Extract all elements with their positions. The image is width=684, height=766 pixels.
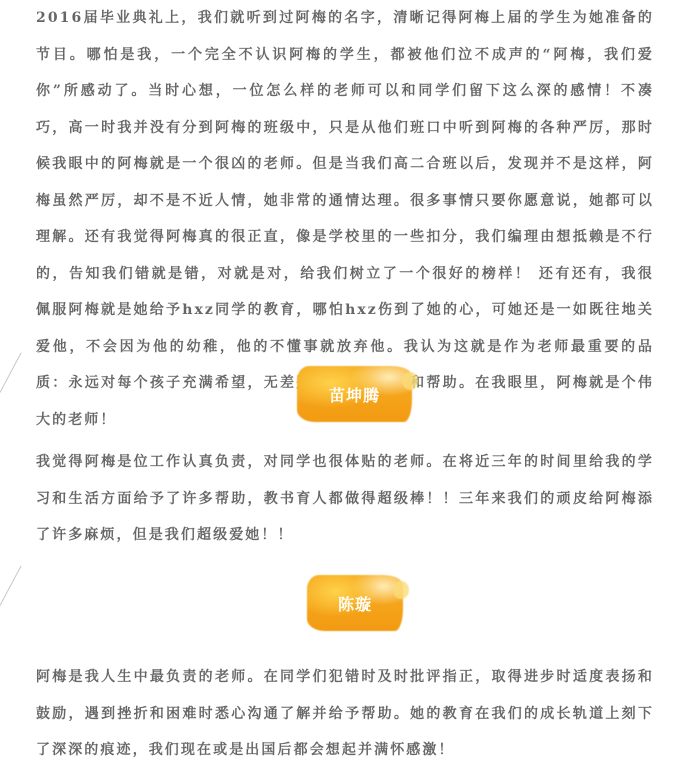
name-banner: 陈璇 [307, 575, 403, 631]
decorative-slash-line [0, 566, 22, 606]
name-banner: 苗坤腾 [297, 366, 412, 422]
author-name: 陈璇 [338, 592, 372, 615]
author-name: 苗坤腾 [329, 383, 380, 406]
testimonial-paragraph: 我觉得阿梅是位工作认真负责，对同学也很体贴的老师。在将近三年的时间里给我的学习和… [36, 444, 654, 554]
decorative-slash-line [0, 353, 22, 393]
testimonial-paragraph: 阿梅是我人生中最负责的老师。在同学们犯错时及时批评指正，取得进步时适度表扬和鼓励… [36, 659, 654, 766]
